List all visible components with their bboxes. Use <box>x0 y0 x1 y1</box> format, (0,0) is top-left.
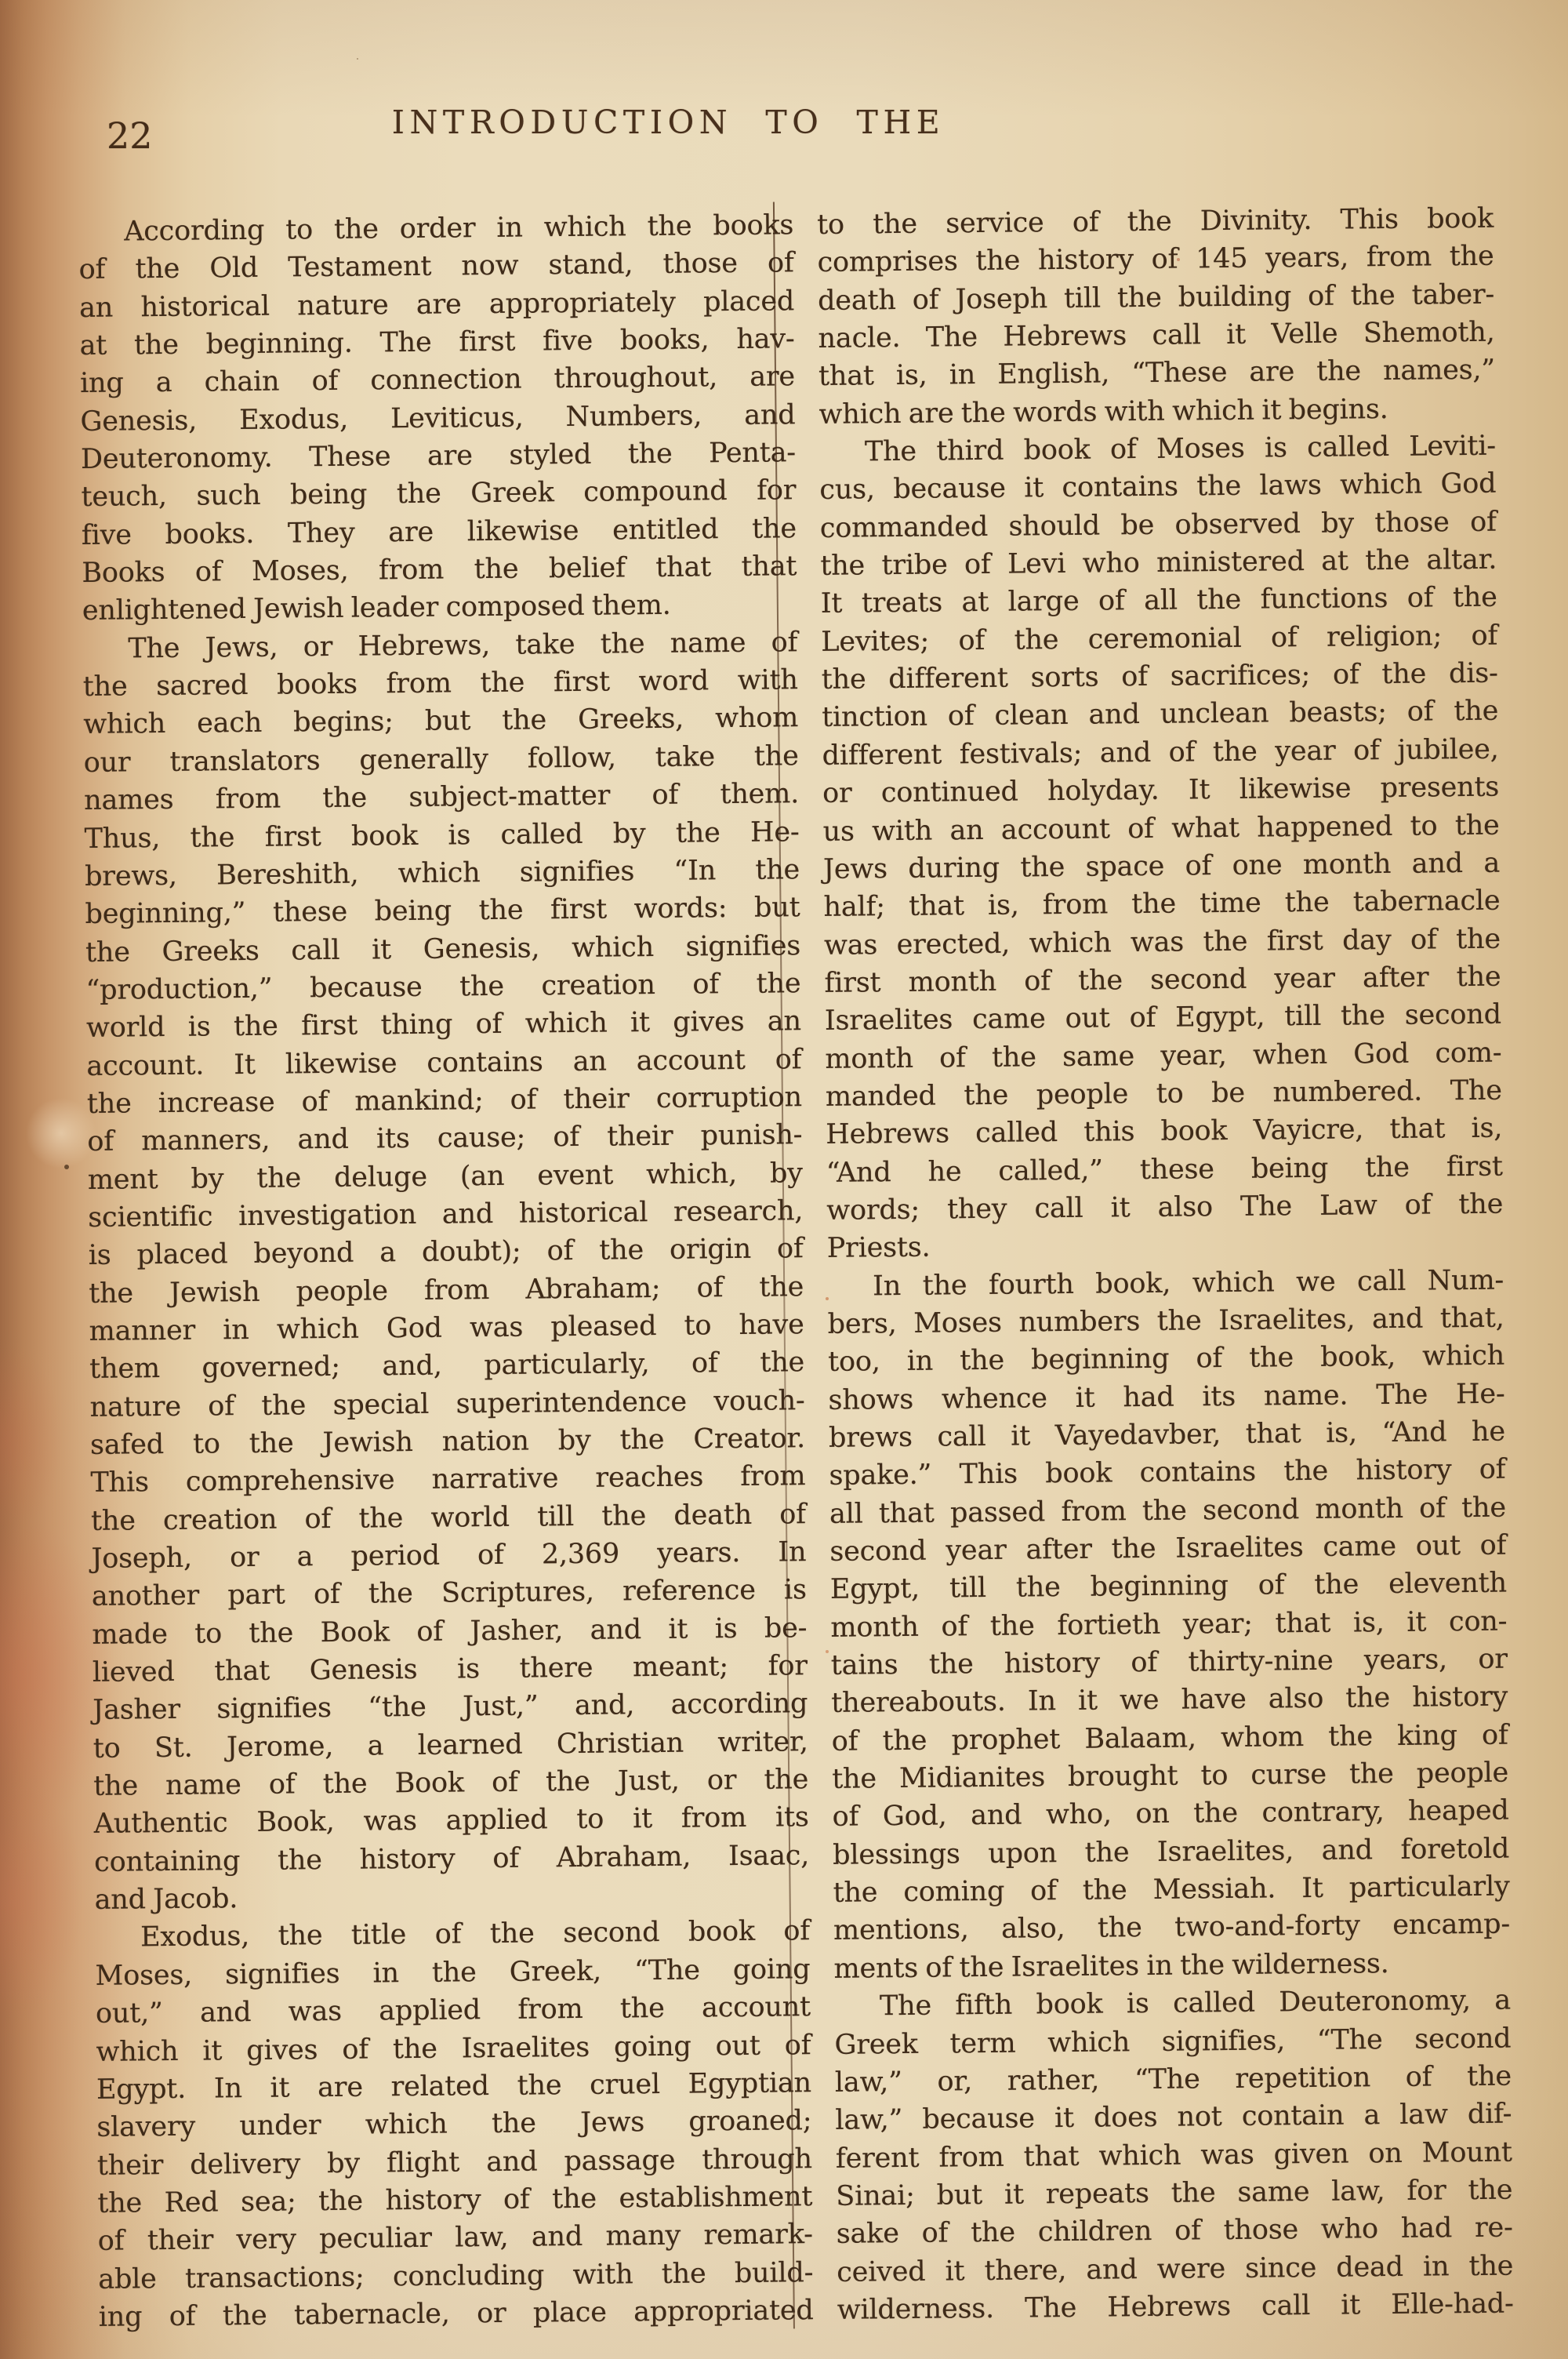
text-line: Deuteronomy.ThesearestyledthePenta- <box>81 434 796 478</box>
text-line: oftheirverypeculiarlaw,andmanyremark- <box>98 2215 813 2260</box>
text-line: Priests. <box>826 1223 1503 1268</box>
text-line: ourtranslatorsgenerallyfollow,takethe <box>83 737 798 782</box>
text-line: “Andhecalled,”thesebeingthefirst <box>826 1147 1503 1192</box>
text-line: differentfestivals;andoftheyearofjubilee… <box>822 730 1498 775</box>
text-line: Levites;oftheceremonialofreligion;of <box>821 616 1497 661</box>
text-line: theRedsea;thehistoryoftheestablishment <box>97 2178 812 2223</box>
text-line: whichitgivesoftheIsraelitesgoingoutof <box>96 2026 811 2071</box>
text-line: containingthehistoryofAbraham,Isaac, <box>94 1837 809 1881</box>
text-line: showswhenceithaditsname.TheHe- <box>828 1375 1504 1419</box>
text-line: allthatpassedfromthesecondmonthofthe <box>829 1488 1506 1533</box>
text-line: Egypt.InitarerelatedthecruelEgyptian <box>96 2064 811 2109</box>
text-line: andJacob. <box>94 1874 809 1919</box>
text-line: Greektermwhichsignifies,“Thesecond <box>834 2019 1511 2064</box>
text-line: Accordingtotheorderinwhichthebooks <box>78 206 793 251</box>
text-line: ThefifthbookiscalledDeuteronomy,a <box>834 1982 1511 2026</box>
text-line: monthofthesameyear,whenGodcom- <box>825 1034 1501 1078</box>
text-line: nacle.TheHebrewscallitVelleShemoth, <box>818 314 1494 358</box>
text-line: Moses,signifiesintheGreek,“Thegoing <box>95 1950 810 1995</box>
text-line: account.Itlikewisecontainsanaccountof <box>86 1041 801 1085</box>
text-line: theGreekscallitGenesis,whichsignifies <box>85 927 800 972</box>
text-line: monthofthefortiethyear;thatis,itcon- <box>830 1602 1507 1647</box>
text-line: brewscallitVayedavber,thatis,“Andhe <box>829 1413 1505 1458</box>
text-line: spake.”Thisbookcontainsthehistoryof <box>829 1451 1505 1496</box>
text-line: ceiveditthere,andweresincedeadinthe <box>837 2247 1513 2292</box>
text-line: abletransactions;concludingwiththebuild- <box>98 2254 813 2299</box>
text-line: words;theycallitalsoTheLawofthe <box>826 1186 1503 1230</box>
text-line: teuch,suchbeingtheGreekcompoundfor <box>81 472 796 517</box>
text-line: uswithanaccountofwhathappenedtothe <box>822 806 1499 851</box>
text-line: AuthenticBook,wasappliedtoitfromits <box>93 1799 808 1844</box>
text-line: themgoverned;and,particularly,ofthe <box>89 1343 804 1388</box>
text-line: madetotheBookofJasher,anditisbe- <box>92 1609 807 1654</box>
text-line: mandedthepeopletobenumbered.The <box>826 1072 1502 1117</box>
text-line: waserected,whichwasthefirstdayofthe <box>824 920 1501 965</box>
text-line: whicharethewordswithwhichitbegins. <box>818 389 1495 434</box>
text-line: tinctionofcleananduncleanbeasts;ofthe <box>822 692 1498 737</box>
text-line: oftheOldTestamentnowstand,thoseof <box>78 245 793 289</box>
text-line: theincreaseofmankind;oftheircorruption <box>87 1078 802 1123</box>
text-line: IsraelitescameoutofEgypt,tillthesecond <box>825 996 1501 1041</box>
text-line: Thus,thefirstbookiscalledbytheHe- <box>84 813 799 858</box>
text-line: out,”andwasappliedfromtheaccount <box>96 1988 811 2033</box>
text-line: worldisthefirstthingofwhichitgivesan <box>86 1002 801 1047</box>
text-line: whicheachbegins;buttheGreeks,whom <box>83 700 798 744</box>
text-line: ingofthetabernacle,orplaceappropriated <box>99 2292 814 2336</box>
text-line: brews,Bereshith,whichsignifies“Inthe <box>85 851 800 896</box>
text-line: slaveryunderwhichtheJewsgroaned; <box>96 2102 811 2146</box>
text-line: Genesis,Exodus,Leviticus,Numbers,and <box>80 396 795 441</box>
text-line: fivebooks.Theyarelikewiseentitledthe <box>82 510 797 554</box>
foxing-speck <box>64 1165 69 1169</box>
text-column-right: totheserviceoftheDivinity.Thisbookcompri… <box>817 200 1514 2329</box>
text-line: bers,MosesnumberstheIsraelites,andthat, <box>827 1299 1504 1344</box>
text-line: totheserviceoftheDivinity.Thisbook <box>817 200 1494 245</box>
text-line: law,”becauseitdoesnotcontainalawdif- <box>835 2095 1512 2140</box>
text-line: thecreationoftheworldtillthedeathof <box>91 1496 806 1540</box>
text-line: thedifferentsortsofsacrifices;ofthedis- <box>822 655 1498 700</box>
text-line: toSt.Jerome,alearnedChristianwriter, <box>93 1723 808 1768</box>
text-line: natureofthespecialsuperintendencevouch- <box>89 1382 804 1427</box>
text-line: HebrewscalledthisbookVayicre,thatis, <box>826 1110 1502 1154</box>
running-head: INTRODUCTION TO THE <box>0 104 1337 141</box>
text-line: Egypt,tillthebeginningoftheeleventh <box>830 1565 1507 1609</box>
text-line: beginning,”thesebeingthefirstwords:but <box>85 889 800 933</box>
text-line: theirdeliverybyflightandpassagethrough <box>97 2140 812 2185</box>
text-line: secondyearaftertheIsraelitescameoutof <box>829 1527 1506 1572</box>
text-line: Exodus,thetitleofthesecondbookof <box>95 1913 810 1957</box>
text-line: “production,”becausethecreationofthe <box>85 965 800 1009</box>
text-line: atthebeginning.Thefirstfivebooks,hav- <box>79 320 794 365</box>
text-line: ThethirdbookofMosesiscalledLeviti- <box>819 427 1496 472</box>
text-line: TheJews,orHebrews,takethenameof <box>82 623 797 668</box>
text-line: comprisesthehistoryof145years,fromthe <box>817 238 1494 282</box>
text-line: cus,becauseitcontainsthelawswhichGod <box>819 465 1496 510</box>
text-line: ferentfromthatwhichwasgivenonMount <box>836 2133 1512 2178</box>
text-line: BooksofMoses,fromthebeliefthatthat <box>82 547 797 592</box>
text-line: mannerinwhichGodwaspleasedtohave <box>89 1306 804 1350</box>
text-line: ofmanners,anditscause;oftheirpunish- <box>87 1116 802 1161</box>
text-line: deathofJosephtillthebuildingofthetaber- <box>818 275 1494 320</box>
text-line: ofGod,andwho,onthecontrary,heaped <box>832 1792 1508 1837</box>
text-line: theJewishpeoplefromAbraham;ofthe <box>89 1268 804 1313</box>
text-column-left: AccordingtotheorderinwhichthebooksoftheO… <box>78 206 814 2336</box>
text-line: lievedthatGenesisistheremeant;for <box>93 1647 808 1692</box>
text-line: anotherpartoftheScriptures,referenceis <box>92 1572 807 1616</box>
text-line: enlightenedJewishleadercomposedthem. <box>82 586 797 631</box>
book-page-scan: 22 INTRODUCTION TO THE Accordingtotheord… <box>0 0 1568 2359</box>
text-line: commandedshouldbeobservedbythoseof <box>820 503 1497 547</box>
text-line: anhistoricalnatureareappropriatelyplaced <box>79 282 794 327</box>
text-line: orcontinuedholyday.Itlikewisepresents <box>822 769 1499 813</box>
text-line: theMidianitesbroughttocursethepeople <box>832 1754 1508 1799</box>
text-line: blessingsupontheIsraelites,andforetold <box>833 1830 1509 1874</box>
text-line: mentbythedeluge(aneventwhich,by <box>88 1154 803 1199</box>
text-line: Thiscomprehensivenarrativereachesfrom <box>90 1458 805 1503</box>
text-line: firstmonthofthesecondyearafterthe <box>824 958 1501 1003</box>
text-line: oftheprophetBalaam,whomthekingof <box>832 1716 1508 1761</box>
text-line: thecomingoftheMessiah.Itparticularly <box>833 1868 1509 1913</box>
text-line: thereabouts.Initwehavealsothehistory <box>831 1678 1508 1723</box>
text-line: ingachainofconnectionthroughout,are <box>80 358 795 403</box>
text-line: thetribeofLeviwhoministeredatthealtar. <box>820 541 1497 586</box>
text-line: tainsthehistoryofthirty-nineyears,or <box>831 1641 1508 1685</box>
page-content: AccordingtotheorderinwhichthebooksoftheO… <box>78 200 1497 213</box>
text-line: wilderness.TheHebrewscallitElle-had- <box>837 2284 1513 2329</box>
text-line: mentions,also,thetwo-and-fortyencamp- <box>833 1906 1510 1950</box>
text-line: Jewsduringthespaceofonemonthanda <box>823 844 1500 889</box>
text-line: namesfromthesubject-matterofthem. <box>84 775 799 820</box>
text-line: thenameoftheBookoftheJust,orthe <box>93 1761 808 1805</box>
text-line: thesacredbooksfromthefirstwordwith <box>83 661 798 706</box>
text-line: sakeofthechildrenofthosewhohadre- <box>837 2209 1513 2254</box>
text-line: scientificinvestigationandhistoricalrese… <box>88 1192 803 1237</box>
text-line: too,inthebeginningofthebook,which <box>828 1337 1504 1382</box>
text-line: isplacedbeyondadoubt);oftheoriginof <box>89 1230 804 1274</box>
text-line: Joseph,oraperiodof2,369years.In <box>91 1533 806 1578</box>
text-line: Jashersignifies“theJust,”and,according <box>93 1685 808 1730</box>
text-line: Inthefourthbook,whichwecallNum- <box>827 1261 1504 1306</box>
text-line: Sinai;butitrepeatsthesamelaw,forthe <box>836 2171 1512 2215</box>
text-line: mentsoftheIsraelitesinthewilderness. <box>833 1943 1510 1988</box>
text-line: half;thatis,fromthetimethetabernacle <box>823 882 1500 927</box>
text-line: thatis,inEnglish,“Thesearethenames,” <box>818 351 1495 396</box>
text-line: law,”or,rather,“Therepetitionofthe <box>835 2057 1512 2102</box>
text-line: safedtotheJewishnationbytheCreator. <box>90 1419 805 1464</box>
text-line: Ittreatsatlargeofallthefunctionsofthe <box>821 579 1497 623</box>
